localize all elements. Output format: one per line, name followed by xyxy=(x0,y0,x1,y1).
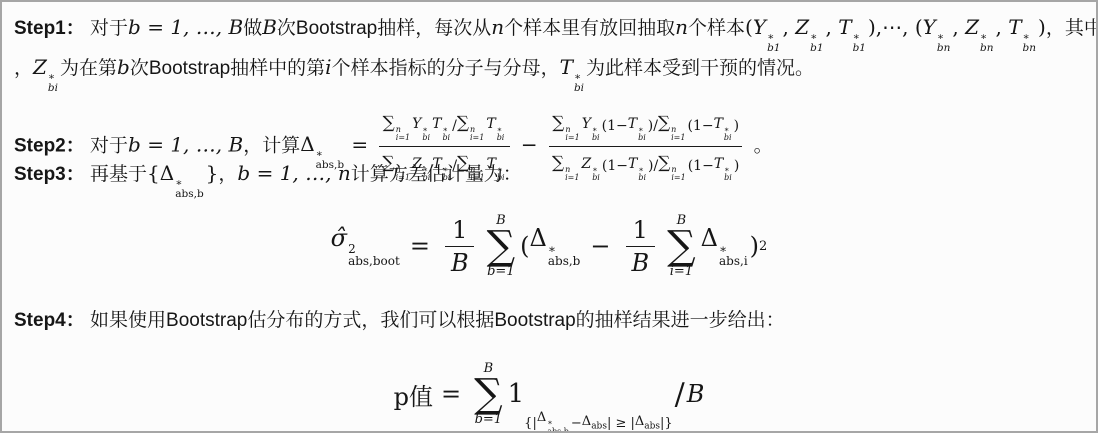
subscript: abs,b xyxy=(548,255,581,268)
script-stack: 2abs,boot xyxy=(348,243,400,268)
fraction-numerator: ∑ni=1Y∗bi(1−T∗bi)/∑ni=1(1−T∗bi) xyxy=(549,109,742,147)
equals-sign: = xyxy=(351,132,368,156)
sum-symbol: ∑ xyxy=(667,229,696,263)
var-letter: Δ xyxy=(530,224,547,252)
subscript: bi xyxy=(497,134,505,142)
script-stack: ∗bn xyxy=(980,32,993,54)
sum-limits: ni=1 xyxy=(470,126,484,143)
step1-line2-comma: ， xyxy=(14,58,33,79)
var-letter: T xyxy=(1008,15,1021,39)
paren-close: ) xyxy=(734,113,739,139)
script-stack: ∗abs,b xyxy=(547,419,569,433)
minus-sign: − xyxy=(571,416,582,431)
subscript: abs,boot xyxy=(348,255,400,268)
script-stack: ∗bi xyxy=(48,72,58,94)
step1-text-1: 对于 xyxy=(90,18,128,39)
sum-limits: ni=1 xyxy=(565,126,579,143)
math-var-Y-bn: Y∗bn xyxy=(923,18,953,39)
var-letter: T xyxy=(560,55,573,79)
step3-comma: ， xyxy=(218,164,237,185)
script-stack: ∗bi xyxy=(442,126,450,143)
step1-line2-text-1: 为在第 xyxy=(60,58,117,79)
math-var-T-bi: T∗bi xyxy=(714,110,734,143)
var-letter: Y xyxy=(753,15,766,39)
sum-limits: ni=1 xyxy=(671,126,685,143)
sum-symbol: ∑ xyxy=(487,229,516,263)
math-var-Z-bn: Z∗bn xyxy=(965,18,995,39)
subscript: abs,b xyxy=(175,189,203,200)
subscript: b1 xyxy=(810,43,823,54)
step1-line2-text-4: 为此样本受到干预的情况。 xyxy=(586,58,814,79)
math-var-T-bi: T∗bi xyxy=(628,110,648,143)
document-page: Step1： 对于b = 1, …, B做B次Bootstrap抽样，每次从n个… xyxy=(0,0,1098,433)
step4-label: Step4： xyxy=(14,310,85,331)
script-stack: ∗bi xyxy=(574,72,584,94)
var-letter: T xyxy=(486,116,495,132)
script-stack: ∗bi xyxy=(724,126,732,143)
sum-i1-to-B: B∑i=1 xyxy=(667,212,696,280)
inline-sum: ∑ni=1 xyxy=(658,110,688,143)
math-var-Y-bi: Y∗bi xyxy=(412,110,432,143)
minus-sign: − xyxy=(521,132,538,156)
var-letter: T xyxy=(714,116,723,132)
math-var-T-bi: T∗bi xyxy=(560,58,586,79)
fraction-numerator: ∑ni=1Y∗biT∗bi/∑ni=1T∗bi xyxy=(379,109,509,147)
step2-text-2: ，计算 xyxy=(243,135,300,156)
script-stack: ∗abs,b xyxy=(548,243,581,268)
math-n: n xyxy=(675,15,688,39)
bar-brace-close: |} xyxy=(660,416,673,431)
subscript: bn xyxy=(980,43,993,54)
math-var-Z-b1: Z∗b1 xyxy=(795,18,825,39)
var-letter: Δ xyxy=(701,224,718,252)
math-var-Delta-abs: Δabs xyxy=(582,414,607,432)
step2-text-1: 对于 xyxy=(90,135,128,156)
var-letter: Δ xyxy=(582,414,591,429)
comma: , xyxy=(952,15,965,39)
math-var-Delta-absb: Δ∗abs,b xyxy=(530,224,583,268)
fraction-denominator: B xyxy=(624,247,656,277)
step1-label: Step1： xyxy=(14,18,85,39)
math-var-Delta-absi: Δ∗abs,i xyxy=(701,224,750,268)
math-var-Delta-absb: Δ∗abs,b xyxy=(160,164,206,185)
indicator-condition: {|Δ∗abs,b−Δabs| ≥ |Δabs|} xyxy=(524,410,672,433)
subscript: bi xyxy=(574,83,584,94)
paren-open: ( xyxy=(745,15,753,39)
paren-close-comma: ), xyxy=(868,15,882,39)
lower-limit: b=1 xyxy=(487,263,515,280)
paren-close: ) xyxy=(750,232,759,260)
squared-exponent: 2 xyxy=(759,239,767,254)
var-letter: Y xyxy=(412,116,421,132)
subscript: b1 xyxy=(767,43,780,54)
script-stack: ∗b1 xyxy=(767,32,780,54)
math-var-T-bi: T∗bi xyxy=(432,110,452,143)
var-letter: Δ xyxy=(160,161,174,185)
indicator-one: 1 xyxy=(508,379,525,409)
open-one-minus: (1− xyxy=(602,113,628,139)
math-B: B xyxy=(687,380,705,408)
script-stack: ∗b1 xyxy=(810,32,823,54)
math-seq-bB: b = 1, …, B xyxy=(128,132,243,156)
step4-text-1: 如果使用Bootstrap估分布的方式，我们可以根据Bootstrap的抽样结果… xyxy=(90,310,785,331)
subscript: abs xyxy=(591,422,607,432)
subscript: abs,i xyxy=(719,255,748,268)
script-stack: ∗abs,i xyxy=(719,243,748,268)
var-letter: Δ xyxy=(537,410,546,425)
var-letter: T xyxy=(432,116,441,132)
step4-line: Step4： 如果使用Bootstrap估分布的方式，我们可以根据Bootstr… xyxy=(14,308,1086,334)
sum-symbol: ∑ xyxy=(658,113,670,133)
lower-limit: i=1 xyxy=(670,263,693,280)
sum-symbol: ∑ xyxy=(457,113,469,133)
minus-sign: − xyxy=(590,232,610,260)
var-letter: σ̂ xyxy=(331,224,347,252)
paren-open: ( xyxy=(520,232,529,260)
fraction-denominator: B xyxy=(444,247,476,277)
full-stop: 。 xyxy=(754,135,773,156)
equals-sign: = xyxy=(441,380,461,408)
step1-text-3: 次Bootstrap抽样，每次从 xyxy=(277,18,491,39)
script-stack: ∗bn xyxy=(1023,32,1036,54)
var-letter: Y xyxy=(923,15,936,39)
math-B: B xyxy=(262,15,277,39)
sum-limits: ni=1 xyxy=(396,126,410,143)
lower-limit: i=1 xyxy=(396,134,410,142)
var-letter: Z xyxy=(965,15,979,39)
script-stack: ∗abs,b xyxy=(175,178,203,200)
pvalue-formula: p值 = B∑b=1 1 {|Δ∗abs,b−Δabs| ≥ |Δabs|} /… xyxy=(2,358,1096,430)
script-stack: ∗bi xyxy=(592,126,600,143)
var-letter: T xyxy=(628,116,637,132)
lower-limit: i=1 xyxy=(671,134,685,142)
var-letter: Δ xyxy=(300,132,314,156)
subscript: bi xyxy=(638,134,646,142)
brace-close: } xyxy=(206,161,219,185)
step1-text-2: 做 xyxy=(243,18,262,39)
comma-paren-open: , ( xyxy=(902,15,923,39)
lower-limit: i=1 xyxy=(565,134,579,142)
step3-text-2: 计算方差估计量为： xyxy=(351,164,522,185)
math-seq-bn: b = 1, …, n xyxy=(237,161,350,185)
step1-line2: ，Z∗bi为在第b次Bootstrap抽样中的第i个样本指标的分子与分母，T∗b… xyxy=(14,54,1086,94)
step3-line: Step3： 再基于{Δ∗abs,b}，b = 1, …, n计算方差估计量为： xyxy=(14,160,1086,200)
step1-line1: Step1： 对于b = 1, …, B做B次Bootstrap抽样，每次从n个… xyxy=(14,14,1086,54)
open-one-minus: (1− xyxy=(687,113,713,139)
var-letter: Y xyxy=(582,116,591,132)
lower-limit: i=1 xyxy=(470,134,484,142)
step1-line2-text-3: 个样本指标的分子与分母， xyxy=(332,58,560,79)
script-stack: ∗bi xyxy=(497,126,505,143)
step1-text-4: 个样本里有放回抽取 xyxy=(504,18,675,39)
script-stack: ∗bn xyxy=(937,32,950,54)
math-var-T-bn: T∗bn xyxy=(1008,18,1038,39)
step1-line2-text-2: 次Bootstrap抽样中的第 xyxy=(130,58,325,79)
subscript: bn xyxy=(1023,43,1036,54)
inline-sum: ∑ni=1 xyxy=(383,110,413,143)
brace-bar-open: {| xyxy=(524,416,537,431)
comma: , xyxy=(826,15,839,39)
script-stack: ∗b1 xyxy=(853,32,866,54)
cdots: ⋯ xyxy=(882,15,902,39)
math-var-Delta-abs: Δabs xyxy=(635,414,660,432)
step2-label: Step2： xyxy=(14,135,85,156)
slash: / xyxy=(675,377,685,412)
pvalue-lhs: p值 xyxy=(394,377,433,412)
subscript: bi xyxy=(48,83,58,94)
subscript: bi xyxy=(592,134,600,142)
subscript: b1 xyxy=(853,43,866,54)
step3-label: Step3： xyxy=(14,164,85,185)
inline-sum: ∑ni=1 xyxy=(457,110,487,143)
var-letter: Δ xyxy=(635,414,644,429)
math-var-Y-bi: Y∗bi xyxy=(582,110,602,143)
math-n: n xyxy=(491,15,504,39)
sum-symbol: ∑ xyxy=(552,113,564,133)
script-stack: ∗bi xyxy=(638,126,646,143)
sum-b1-to-B: B∑b=1 xyxy=(474,360,503,428)
var-letter: Z xyxy=(33,55,47,79)
math-var-Delta-absb: Δ∗abs,b xyxy=(300,135,346,156)
subscript: bi xyxy=(442,134,450,142)
fraction-numerator: 1 xyxy=(445,216,474,247)
subscript: bn xyxy=(937,43,950,54)
bar-geq-bar: | ≥ | xyxy=(607,416,635,431)
var-letter: Z xyxy=(795,15,809,39)
math-b: b xyxy=(117,55,130,79)
subscript: abs xyxy=(644,422,660,432)
sum-symbol: ∑ xyxy=(474,377,503,411)
step3-text-1: 再基于 xyxy=(90,164,147,185)
var-letter: T xyxy=(838,15,851,39)
math-var-Z-bi: Z∗bi xyxy=(33,58,60,79)
fraction-one-over-B: 1B xyxy=(624,216,656,277)
math-seq-bB: b = 1, …, B xyxy=(128,15,243,39)
equals-sign: = xyxy=(410,232,430,260)
paren-close: ) xyxy=(1038,15,1046,39)
math-var-Y-b1: Y∗b1 xyxy=(753,18,783,39)
subscript: bi xyxy=(422,134,430,142)
variance-formula: σ̂2abs,boot = 1B B∑b=1 ( Δ∗abs,b − 1B B∑… xyxy=(2,206,1096,286)
inline-sum: ∑ni=1 xyxy=(552,110,582,143)
math-var-T-b1: T∗b1 xyxy=(838,18,868,39)
fraction-one-over-B: 1B xyxy=(444,216,476,277)
sum-b1-to-B: B∑b=1 xyxy=(487,212,516,280)
comma: , xyxy=(782,15,795,39)
lower-limit: b=1 xyxy=(475,411,503,428)
step1-text-5: 个样本 xyxy=(688,18,745,39)
subscript: bi xyxy=(724,134,732,142)
fraction-numerator: 1 xyxy=(626,216,655,247)
script-stack: ∗bi xyxy=(422,126,430,143)
sum-symbol: ∑ xyxy=(383,113,395,133)
math-var-sigma-hat: σ̂2abs,boot xyxy=(331,224,402,268)
math-var-T-bi: T∗bi xyxy=(486,110,506,143)
brace-open: { xyxy=(147,161,160,185)
step1-text-6: ，其中 xyxy=(1046,18,1098,39)
subscript: abs,b xyxy=(547,428,569,433)
math-var-Delta-absb: Δ∗abs,b xyxy=(537,410,571,433)
comma: , xyxy=(995,15,1008,39)
